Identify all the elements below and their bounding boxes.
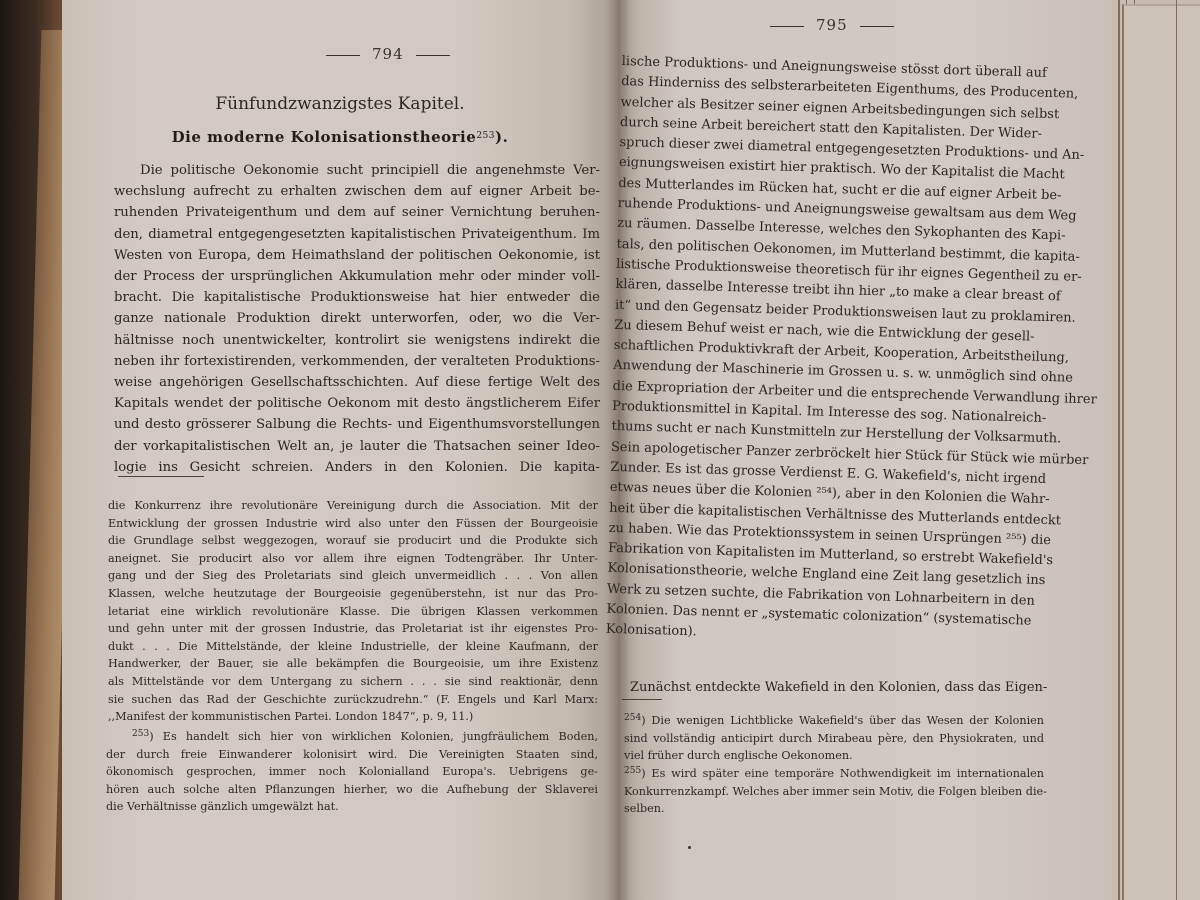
- footnote-line: Entwicklung der grossen Industrie wird a…: [108, 515, 598, 533]
- footnote-line: die Verhältnisse gänzlich umgewälzt hat.: [106, 798, 598, 816]
- footnote-marker: 253: [132, 729, 149, 739]
- footnote-line: ökonomisch gesprochen, immer noch Koloni…: [106, 763, 598, 781]
- footnote-ref-253[interactable]: 253: [476, 131, 495, 141]
- footnote-line: als Mittelstände vor dem Untergang zu si…: [108, 673, 598, 691]
- left-page: 794 Fünfundzwanzigstes Kapitel. Die mode…: [62, 0, 618, 900]
- footnote-line: sind vollständig anticipirt durch Mirabe…: [624, 730, 1044, 748]
- page-number-left: 794: [314, 45, 462, 63]
- body-line: Zunächst entdeckte Wakefield in den Kolo…: [630, 677, 1042, 698]
- body-line: der vorkapitalistischen Welt an, je laut…: [114, 436, 600, 457]
- right-body-text: lische Produktions- und Aneignungsweise …: [606, 52, 1042, 652]
- page-stack-edge: [1112, 0, 1200, 900]
- footnote-line: selben.: [624, 800, 1044, 818]
- body-line: der Process der ursprünglichen Akkumulat…: [114, 266, 600, 287]
- next-volume-edge: [1122, 4, 1200, 900]
- footnote-line: 253) Es handelt sich hier von wirklichen…: [106, 726, 598, 746]
- left-footnote-continued: die Konkurrenz ihre revolutionäre Verein…: [108, 497, 598, 726]
- footnote-255: 255) Es wird später eine temporäre Nothw…: [624, 763, 1044, 818]
- footnote-line: Klassen, welche heutzutage der Bourgeois…: [108, 585, 598, 603]
- ink-speck: [688, 846, 691, 849]
- body-line: neben ihr fortexistirenden, verkommenden…: [114, 351, 600, 372]
- body-line: und desto grösserer Salbung die Rechts- …: [114, 414, 600, 435]
- body-line: bracht. Die kapitalistische Produktionsw…: [114, 287, 600, 308]
- right-page: 795 lische Produktions- und Aneignungswe…: [618, 0, 1118, 900]
- footnote-line: und gehn unter mit der grossen Industrie…: [108, 620, 598, 638]
- footnote-line: aneignet. Sie producirt also vor allem i…: [108, 550, 598, 568]
- left-body-text: Die politische Oekonomie sucht principie…: [114, 160, 600, 478]
- body-line: hältnisse noch unentwickelter, kontrolir…: [114, 330, 600, 351]
- chapter-title: Fünfundzwanzigstes Kapitel.: [62, 94, 618, 114]
- footnote-line: 255) Es wird später eine temporäre Nothw…: [624, 763, 1044, 783]
- footnote-line: gang und der Sieg des Proletariats sind …: [108, 567, 598, 585]
- body-line: Die politische Oekonomie sucht principie…: [114, 160, 600, 181]
- footnote-line: der durch freie Einwanderer kolonisirt w…: [106, 746, 598, 764]
- footnote-line: die Grundlage selbst weggezogen, worauf …: [108, 532, 598, 550]
- body-line: den, diametral entgegengesetzten kapital…: [114, 224, 600, 245]
- page-number-right: 795: [758, 16, 906, 34]
- footnote-line: hören auch solche alten Pflanzungen hier…: [106, 781, 598, 799]
- footnote-253: 253) Es handelt sich hier von wirklichen…: [106, 726, 598, 816]
- body-line: weise angehörigen Gesellschaftsschichten…: [114, 372, 600, 393]
- footnote-line: ,,Manifest der kommunistischen Partei. L…: [108, 708, 598, 726]
- body-line: wechslung aufrecht zu erhalten zwischen …: [114, 181, 600, 202]
- book-gutter: [606, 0, 630, 900]
- footnote-line: dukt . . . Die Mittelstände, der kleine …: [108, 638, 598, 656]
- footnote-line: sie suchen das Rad der Geschichte zurück…: [108, 691, 598, 709]
- body-line: ruhenden Privateigenthum und dem auf sei…: [114, 202, 600, 223]
- right-closing-line: Zunächst entdeckte Wakefield in den Kolo…: [630, 677, 1042, 698]
- footnote-line: Konkurrenzkampf. Welches aber immer sein…: [624, 783, 1044, 801]
- body-line: Westen von Europa, dem Heimathsland der …: [114, 245, 600, 266]
- footnote-254: 254) Die wenigen Lichtblicke Wakefield's…: [624, 710, 1044, 765]
- body-line: ganze nationale Produktion direkt unterw…: [114, 308, 600, 329]
- section-title: Die moderne Kolonisationstheorie253).: [62, 128, 618, 146]
- footnote-line: letariat eine wirklich revolutionäre Kla…: [108, 603, 598, 621]
- footnote-line: die Konkurrenz ihre revolutionäre Verein…: [108, 497, 598, 515]
- footnote-line: 254) Die wenigen Lichtblicke Wakefield's…: [624, 710, 1044, 730]
- body-line: logie ins Gesicht schreien. Anders in de…: [114, 457, 600, 478]
- body-line: Kapitals wendet der politische Oekonom m…: [114, 393, 600, 414]
- footnote-line: Handwerker, der Bauer, sie alle bekämpfe…: [108, 655, 598, 673]
- footnote-separator: [118, 476, 204, 477]
